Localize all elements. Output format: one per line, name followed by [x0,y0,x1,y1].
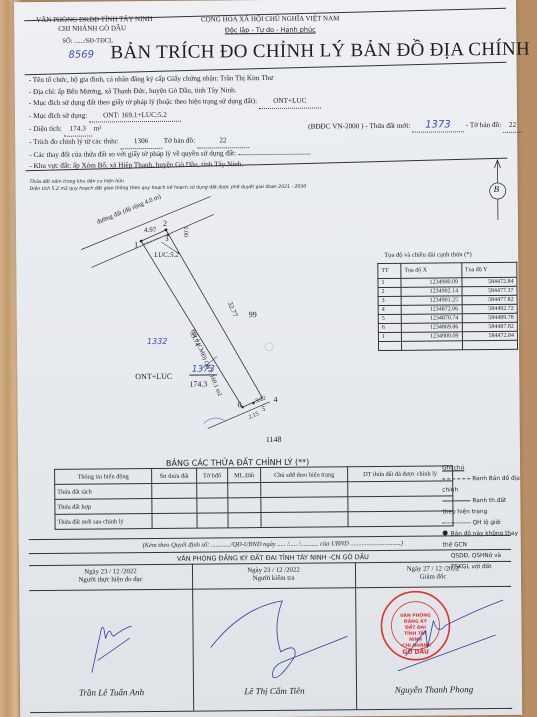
adjust-col-header: Thông tin biến động [55,469,152,485]
col-tt: TT [378,263,401,278]
coordinates-table: TT Tọa độ X Tọa độ Y 11234900.09584472.8… [377,262,518,351]
signature-icon [89,620,150,681]
edge-short-length: 1.00 [182,226,188,237]
signer-name: Trần Lê Tuấn Anh [30,688,193,697]
signer-role: Giám đốc [355,573,511,582]
adjust-col-header: Tờ bđố [197,468,228,483]
coordinate-row: 11234900.09584472.84 [378,331,517,341]
adjust-col-header: DT thửa đất đã được chỉnh lý [348,466,453,482]
signer-role: Người thực hiện đo đạc [29,576,192,585]
bottom-rule [30,708,512,713]
signature-icon [385,595,511,676]
neighbor-parcel-1148: 1148 [266,435,282,444]
coordinates-title: Tọa độ và chiều dài cạnh thửa (*) [384,251,472,259]
vertex-2: 2 [163,219,167,228]
adjust-col-header: ML.Đất [228,468,261,483]
signer-checker: Ngày 23 / 12 /2022 Người kiểm tra Lê Thị… [192,566,356,707]
parcel-area-value: 174.3 [189,380,207,389]
document-page: Văn phòng ĐKĐĐ tỉnh Tây Ninh Chi nhánh G… [14,0,522,717]
signer-director: Ngày 27 / 12 /2022 Giám đốc VĂN PHÒNG ĐĂ… [355,565,512,706]
adjust-row: Thửa đất mới sau chỉnh lý [55,511,453,529]
neighbor-handwritten-1332: 1332 [147,337,167,346]
vertex-4: 4 [273,395,277,404]
adjust-table: Thông tin biến độngStt thửa đấtTờ bđốML.… [54,465,454,529]
signer-name: Lê Thị Cẩm Tiên [193,686,356,695]
coordinate-row: 11234900.09584472.84 [378,277,517,287]
vertex-1: 1 [134,240,138,249]
edge-top-length: 4.97 [144,226,156,234]
luc-area-label: LUC:5.2 [154,251,179,259]
vertex-5: 5 [262,405,266,413]
adjust-col-header: Chủ sdđ theo hiện trạng [261,467,348,483]
legend-title: Ghi chú [442,463,520,475]
legend-item-road: QH lộ giới [443,518,521,530]
attached-decision: (Kèm theo Quyết định số: ............/QĐ… [33,539,513,550]
signature-icon [202,596,353,692]
signer-role: Người kiểm tra [192,574,355,583]
legend-item-current: Ranh th.đất theo hiện trạng [442,496,520,519]
vertex-6: 6 [237,400,241,409]
adjust-col-header: Stt thửa đất [152,468,197,483]
signer-surveyor: Ngày 23 / 12 /2022 Người thực hiện đo đạ… [29,568,193,709]
coordinate-row: 21234902.14584477.37 [378,286,517,296]
vertex-3: 3 [165,235,169,243]
parcel-map [14,0,520,462]
col-y: Tọa độ Y [461,262,517,277]
parcel-number-handwritten: 1373 [189,364,217,375]
coordinate-row-empty [378,340,517,350]
neighbor-parcel-99: 99 [249,310,257,319]
col-x: Tọa độ X [401,263,462,279]
parcel-type-label: ONT+LUC [135,372,172,381]
signer-name: Nguyễn Thanh Phong [356,685,512,694]
coordinate-row: 31234901.25584477.82 [378,295,517,305]
legend-item-cadastral: Ranh Bản đồ địa chính [442,474,520,497]
